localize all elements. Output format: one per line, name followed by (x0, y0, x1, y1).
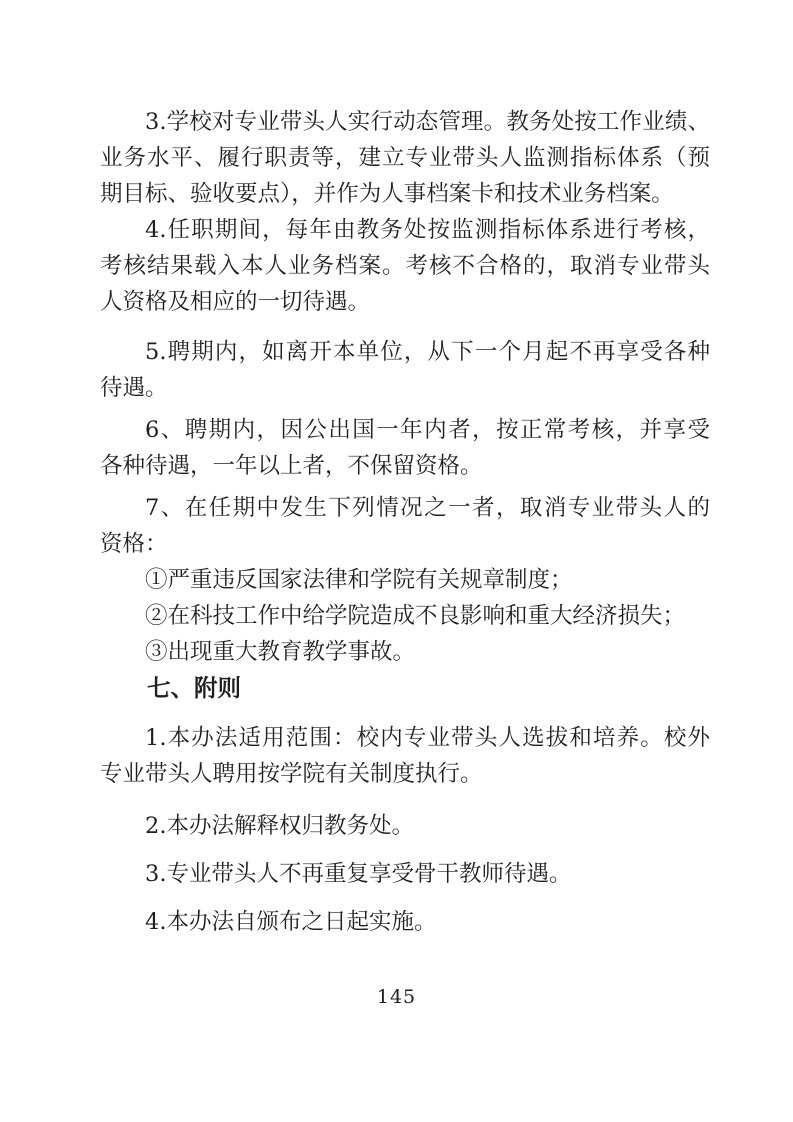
paragraph: 4.本办法自颁布之日起实施。 (100, 904, 710, 940)
text-line: 考核结果载入本人业务档案。考核不合格的，取消专业带头 (100, 248, 710, 284)
section-heading: 七、附则 (100, 670, 710, 706)
text-line: 6、聘期内，因公出国一年内者，按正常考核，并享受 (100, 412, 710, 448)
paragraph: 3.学校对专业带头人实行动态管理。教务处按工作业绩、 业务水平、履行职责等，建立… (100, 104, 710, 212)
text-line: 7、在任期中发生下列情况之一者，取消专业带头人的 (100, 490, 710, 526)
paragraph: 6、聘期内，因公出国一年内者，按正常考核，并享受 各种待遇，一年以上者，不保留资… (100, 412, 710, 484)
paragraph: 3.专业带头人不再重复享受骨干教师待遇。 (100, 856, 710, 892)
text-line: 待遇。 (100, 370, 710, 406)
text-line: 4.任职期间，每年由教务处按监测指标体系进行考核， (100, 212, 710, 248)
text-line: 2.本办法解释权归教务处。 (100, 808, 710, 844)
text-line: 期目标、验收要点），并作为人事档案卡和技术业务档案。 (100, 176, 710, 212)
text-line: ①严重违反国家法律和学院有关规章制度； (100, 562, 710, 598)
text-line: 各种待遇，一年以上者，不保留资格。 (100, 448, 710, 484)
text-line: 5.聘期内，如离开本单位，从下一个月起不再享受各种 (100, 334, 710, 370)
list-item: ③出现重大教育教学事故。 (100, 634, 710, 670)
page-number: 145 (0, 986, 793, 1008)
document-page: 3.学校对专业带头人实行动态管理。教务处按工作业绩、 业务水平、履行职责等，建立… (0, 0, 793, 1122)
list-item: ①严重违反国家法律和学院有关规章制度； (100, 562, 710, 598)
paragraph: 4.任职期间，每年由教务处按监测指标体系进行考核， 考核结果载入本人业务档案。考… (100, 212, 710, 320)
text-line: ②在科技工作中给学院造成不良影响和重大经济损失； (100, 598, 710, 634)
paragraph: 1.本办法适用范围：校内专业带头人选拔和培养。校外 专业带头人聘用按学院有关制度… (100, 720, 710, 792)
text-line: 人资格及相应的一切待遇。 (100, 284, 710, 320)
text-line: 4.本办法自颁布之日起实施。 (100, 904, 710, 940)
text-line: 资格： (100, 526, 710, 562)
list-item: ②在科技工作中给学院造成不良影响和重大经济损失； (100, 598, 710, 634)
text-line: 1.本办法适用范围：校内专业带头人选拔和培养。校外 (100, 720, 710, 756)
text-line: 3.学校对专业带头人实行动态管理。教务处按工作业绩、 (100, 104, 710, 140)
text-line: 专业带头人聘用按学院有关制度执行。 (100, 756, 710, 792)
paragraph: 5.聘期内，如离开本单位，从下一个月起不再享受各种 待遇。 (100, 334, 710, 406)
text-line: ③出现重大教育教学事故。 (100, 634, 710, 670)
paragraph: 7、在任期中发生下列情况之一者，取消专业带头人的 资格： (100, 490, 710, 562)
text-line: 业务水平、履行职责等，建立专业带头人监测指标体系（预 (100, 140, 710, 176)
document-body: 3.学校对专业带头人实行动态管理。教务处按工作业绩、 业务水平、履行职责等，建立… (100, 104, 710, 940)
text-line: 3.专业带头人不再重复享受骨干教师待遇。 (100, 856, 710, 892)
paragraph: 2.本办法解释权归教务处。 (100, 808, 710, 844)
